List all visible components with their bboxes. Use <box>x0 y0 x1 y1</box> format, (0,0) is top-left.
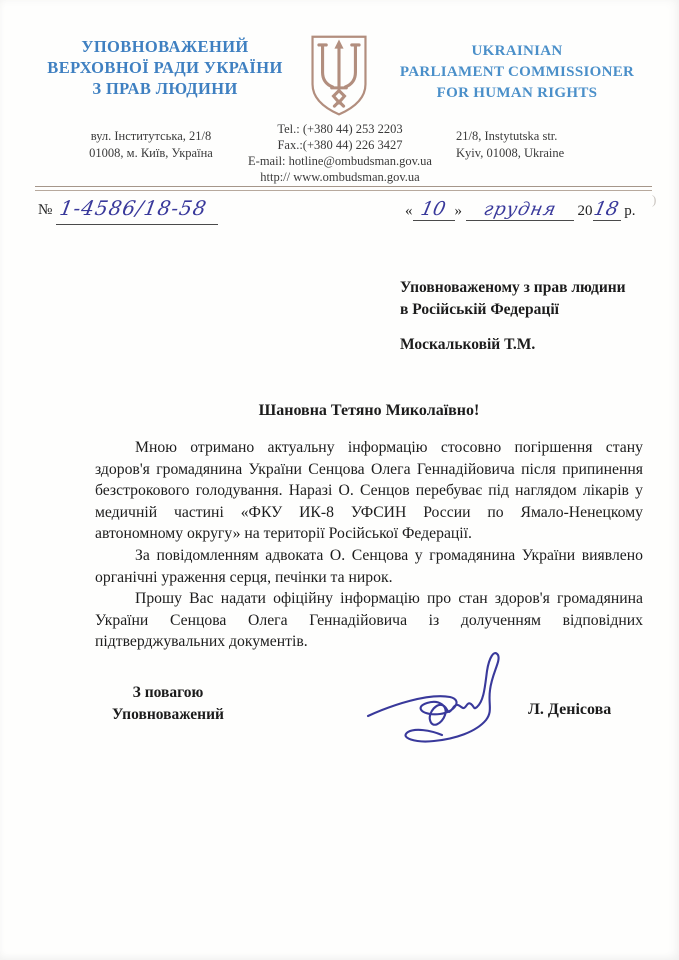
salutation: Шановна Тетяно Миколаївно! <box>95 402 643 420</box>
handwritten-signature-icon <box>358 646 510 754</box>
letter-body: Мною отримано актуальну інформацію стосо… <box>95 437 643 653</box>
date-field: «10» грудня 2018 р. <box>405 200 636 226</box>
body-paragraph: Мною отримано актуальну інформацію стосо… <box>95 437 643 545</box>
body-paragraph: За повідомленням адвоката О. Сенцова у г… <box>95 545 643 588</box>
date-year-suffix: р. <box>624 203 635 219</box>
header-divider-line <box>35 186 652 191</box>
date-year-slot: 18 <box>593 200 621 221</box>
org-title-ukrainian: УПОВНОВАЖЕНИЙ ВЕРХОВНОЇ РАДИ УКРАЇНИ З П… <box>40 36 290 99</box>
recipient-name: Москальковій Т.М. <box>400 336 535 354</box>
date-open-quote: « <box>405 203 413 219</box>
scanned-letter-page: УПОВНОВАЖЕНИЙ ВЕРХОВНОЇ РАДИ УКРАЇНИ З П… <box>0 0 679 960</box>
date-day-handwritten: 10 <box>419 200 447 219</box>
reference-number-label: № <box>38 202 52 219</box>
date-year-printed: 20 <box>578 203 593 219</box>
recipient-title: Уповноваженому з прав людини в Російські… <box>400 277 662 321</box>
closing-and-position: З повагою Уповноважений <box>97 682 239 726</box>
ukraine-trident-emblem-icon <box>306 34 372 118</box>
reference-number-field: 1-4586/18-58 <box>56 198 218 225</box>
phone-email-website: Tel.: (+380 44) 253 2203 Fax.:(+380 44) … <box>236 121 444 185</box>
address-english: 21/8, Instytutska str. Kyiv, 01008, Ukra… <box>456 128 606 162</box>
date-month-handwritten: грудня <box>482 201 558 219</box>
date-year-handwritten: 18 <box>592 200 620 219</box>
address-ukrainian: вул. Інститутська, 21/8 01008, м. Київ, … <box>72 128 230 162</box>
body-paragraph: Прошу Вас надати офіційну інформацію про… <box>95 588 643 653</box>
signer-name: Л. Денісова <box>528 701 611 719</box>
org-title-english: UKRAINIAN PARLIAMENT COMMISSIONER FOR HU… <box>398 41 636 104</box>
date-close-quote: » <box>455 203 463 219</box>
trident-tip <box>334 39 343 48</box>
scan-artifact: ) <box>652 192 656 208</box>
date-month-slot: грудня <box>466 201 574 221</box>
date-day-slot: 10 <box>413 200 455 221</box>
reference-number-handwritten: 1-4586/18-58 <box>58 196 209 220</box>
